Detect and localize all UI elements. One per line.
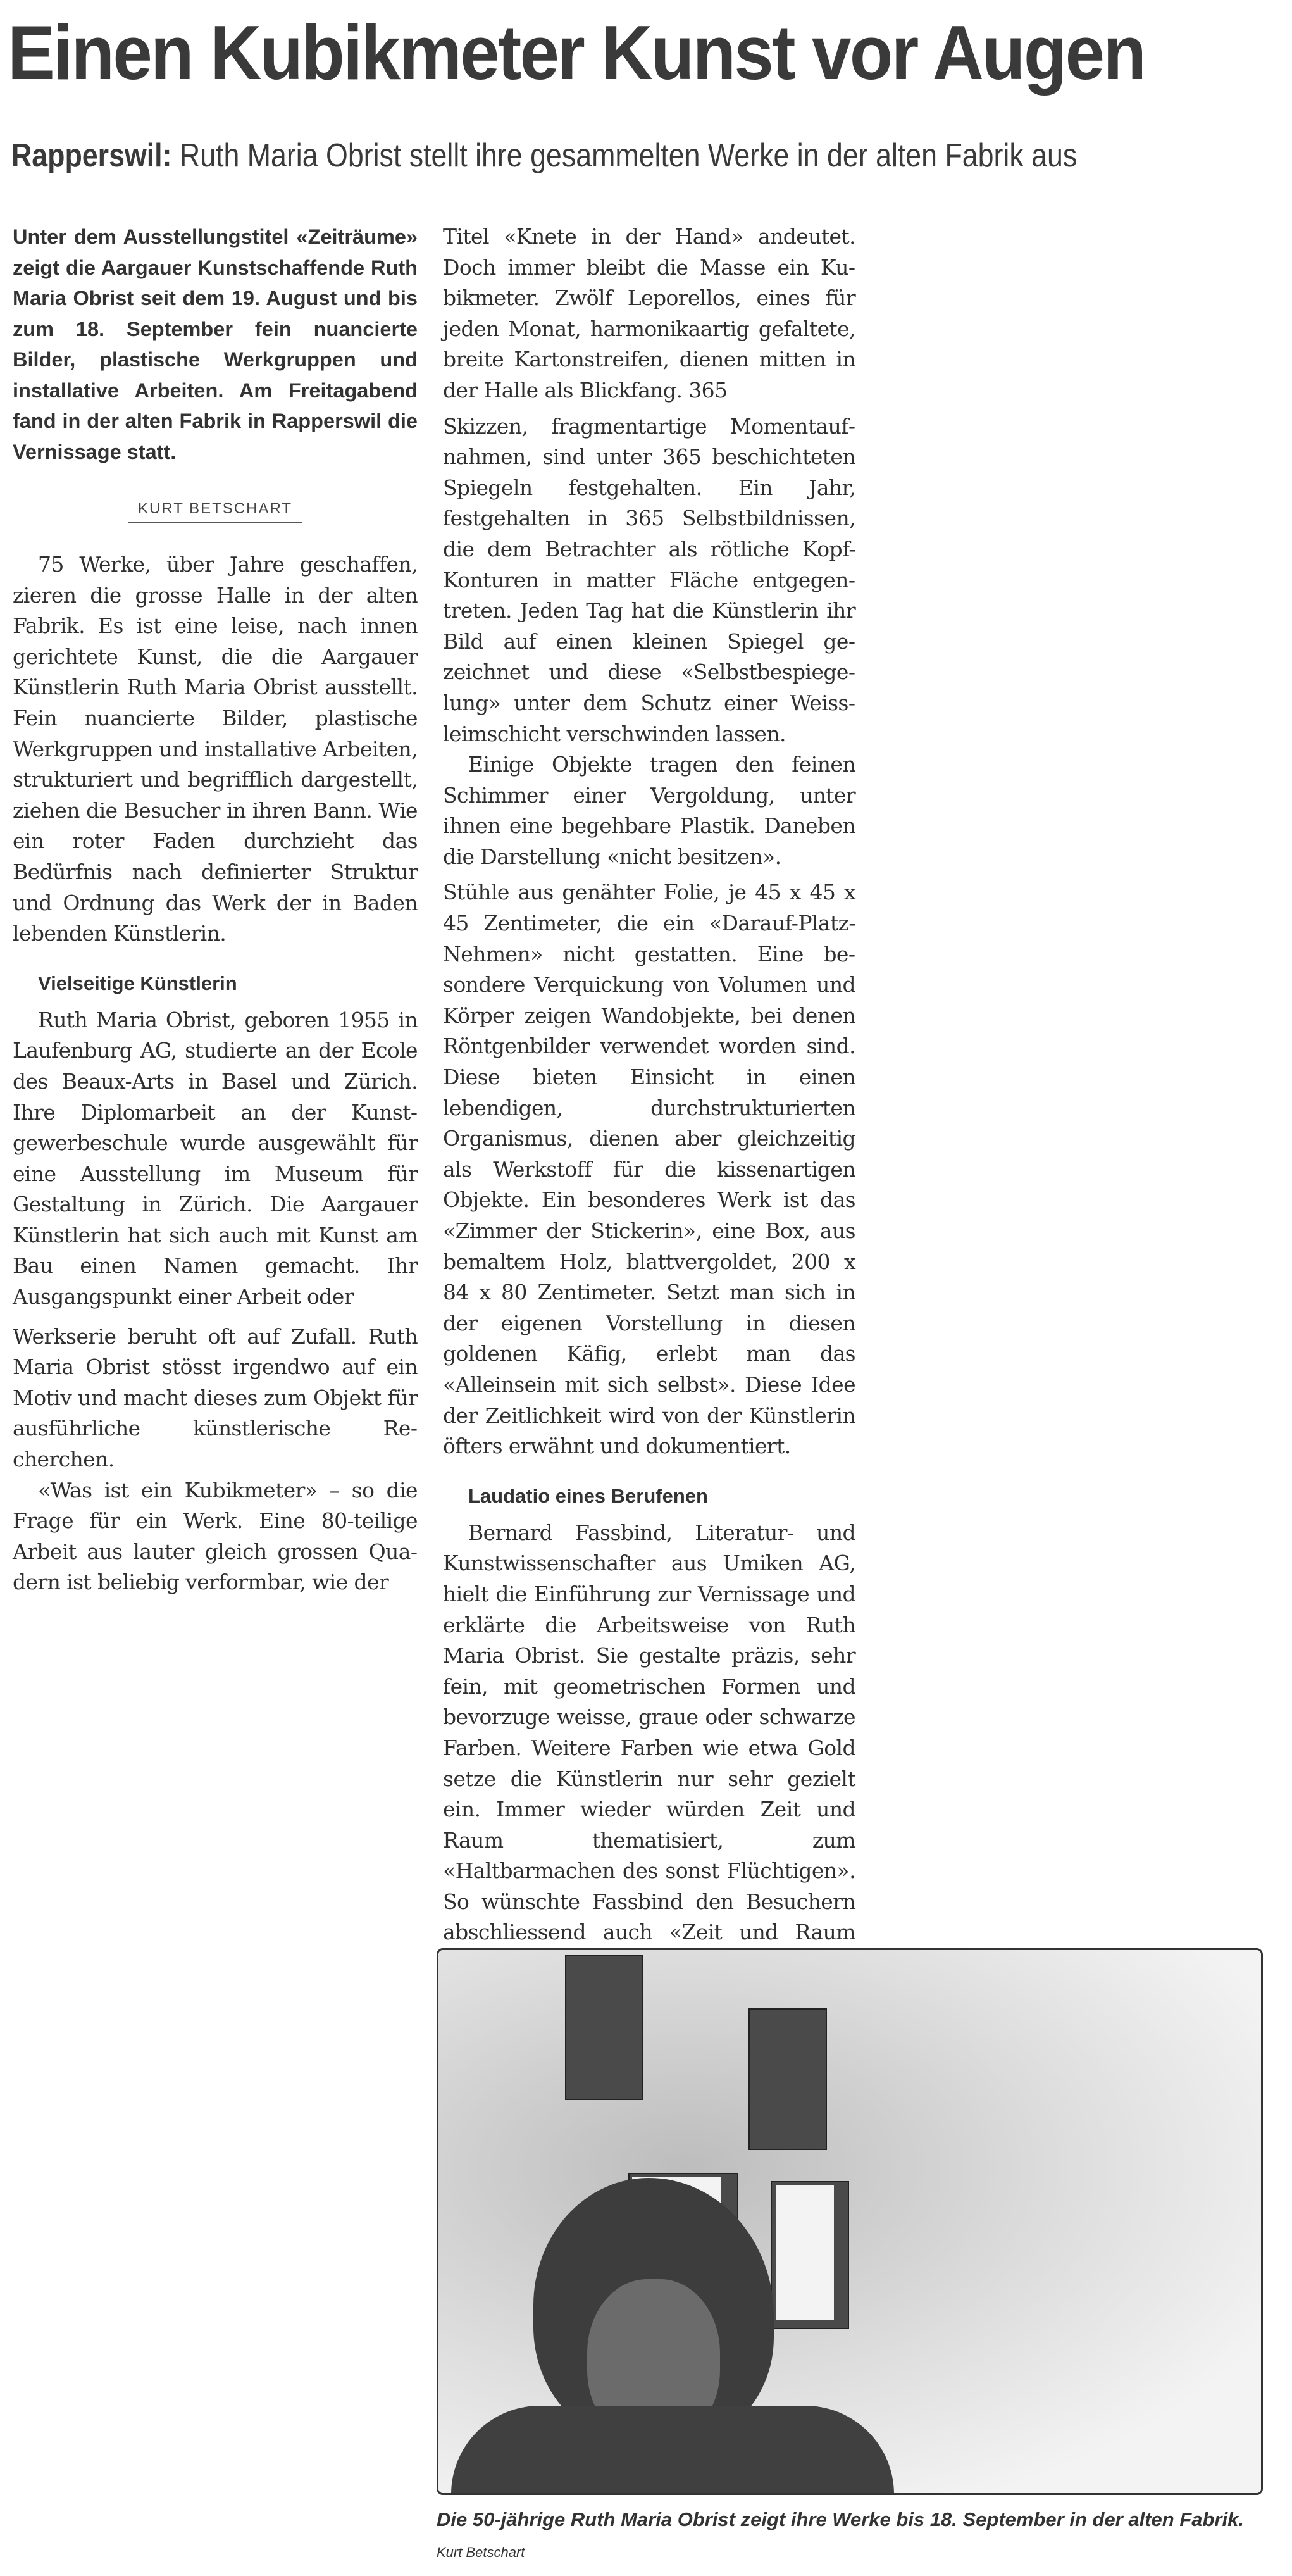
body-paragraph: Stühle aus genähter Folie, je 45 x 45 x …: [443, 877, 855, 1461]
body-paragraph: 75 Werke, über Jahre geschaffen, zieren …: [13, 549, 418, 949]
photo-credit: Kurt Betschart: [437, 2544, 525, 2560]
deck-subtitle: Rapperswil: Ruth Maria Obrist stellt ihr…: [11, 135, 1077, 176]
body-paragraph: Ruth Maria Obrist, geboren 1955 in Laufe…: [13, 1005, 418, 1313]
headline: Einen Kubikmeter Kunst vor Augen: [8, 11, 1183, 94]
article-photo: [437, 1948, 1263, 2495]
body-paragraph: Einige Objekte tragen den feinen Schimme…: [443, 749, 855, 872]
caption-text: Die 50-jährige Ruth Maria Obrist zeigt i…: [437, 2508, 1244, 2530]
author-byline: KURT BETSCHART: [128, 500, 302, 523]
body-paragraph: Skizzen, fragmentartige Momentauf­nahmen…: [443, 411, 855, 750]
subheading-vielseitige-kuenstlerin: Vielseitige Künstlerin: [38, 971, 418, 996]
artwork-top-center: [565, 1955, 643, 2100]
artist-body: [451, 2406, 894, 2495]
lead-paragraph: Unter dem Ausstellungstitel «Zeit­räume»…: [13, 222, 418, 467]
photo-caption: Die 50-jährige Ruth Maria Obrist zeigt i…: [437, 2505, 1272, 2567]
artwork-top-right: [748, 2008, 827, 2150]
body-paragraph: «Was ist ein Kubikmeter» – so die Frage …: [13, 1475, 418, 1598]
column-2: Titel «Knete in der Hand» andeutet. Doch…: [443, 222, 855, 2010]
body-paragraph: Werkserie beruht oft auf Zufall. Ruth Ma…: [13, 1322, 418, 1475]
artwork-face-portrait: [771, 2181, 849, 2329]
subheading-laudatio: Laudatio eines Berufenen: [468, 1484, 855, 1509]
column-1: Unter dem Ausstellungstitel «Zeit­räume»…: [13, 222, 418, 1598]
body-paragraph: Bernard Fassbind, Literatur- und Kunstwi…: [443, 1518, 855, 2010]
dateline-place: Rapperswil:: [11, 137, 171, 174]
deck-text: Ruth Maria Obrist stellt ihre gesammelte…: [171, 137, 1077, 174]
body-paragraph: Titel «Knete in der Hand» andeutet. Doch…: [443, 222, 855, 406]
